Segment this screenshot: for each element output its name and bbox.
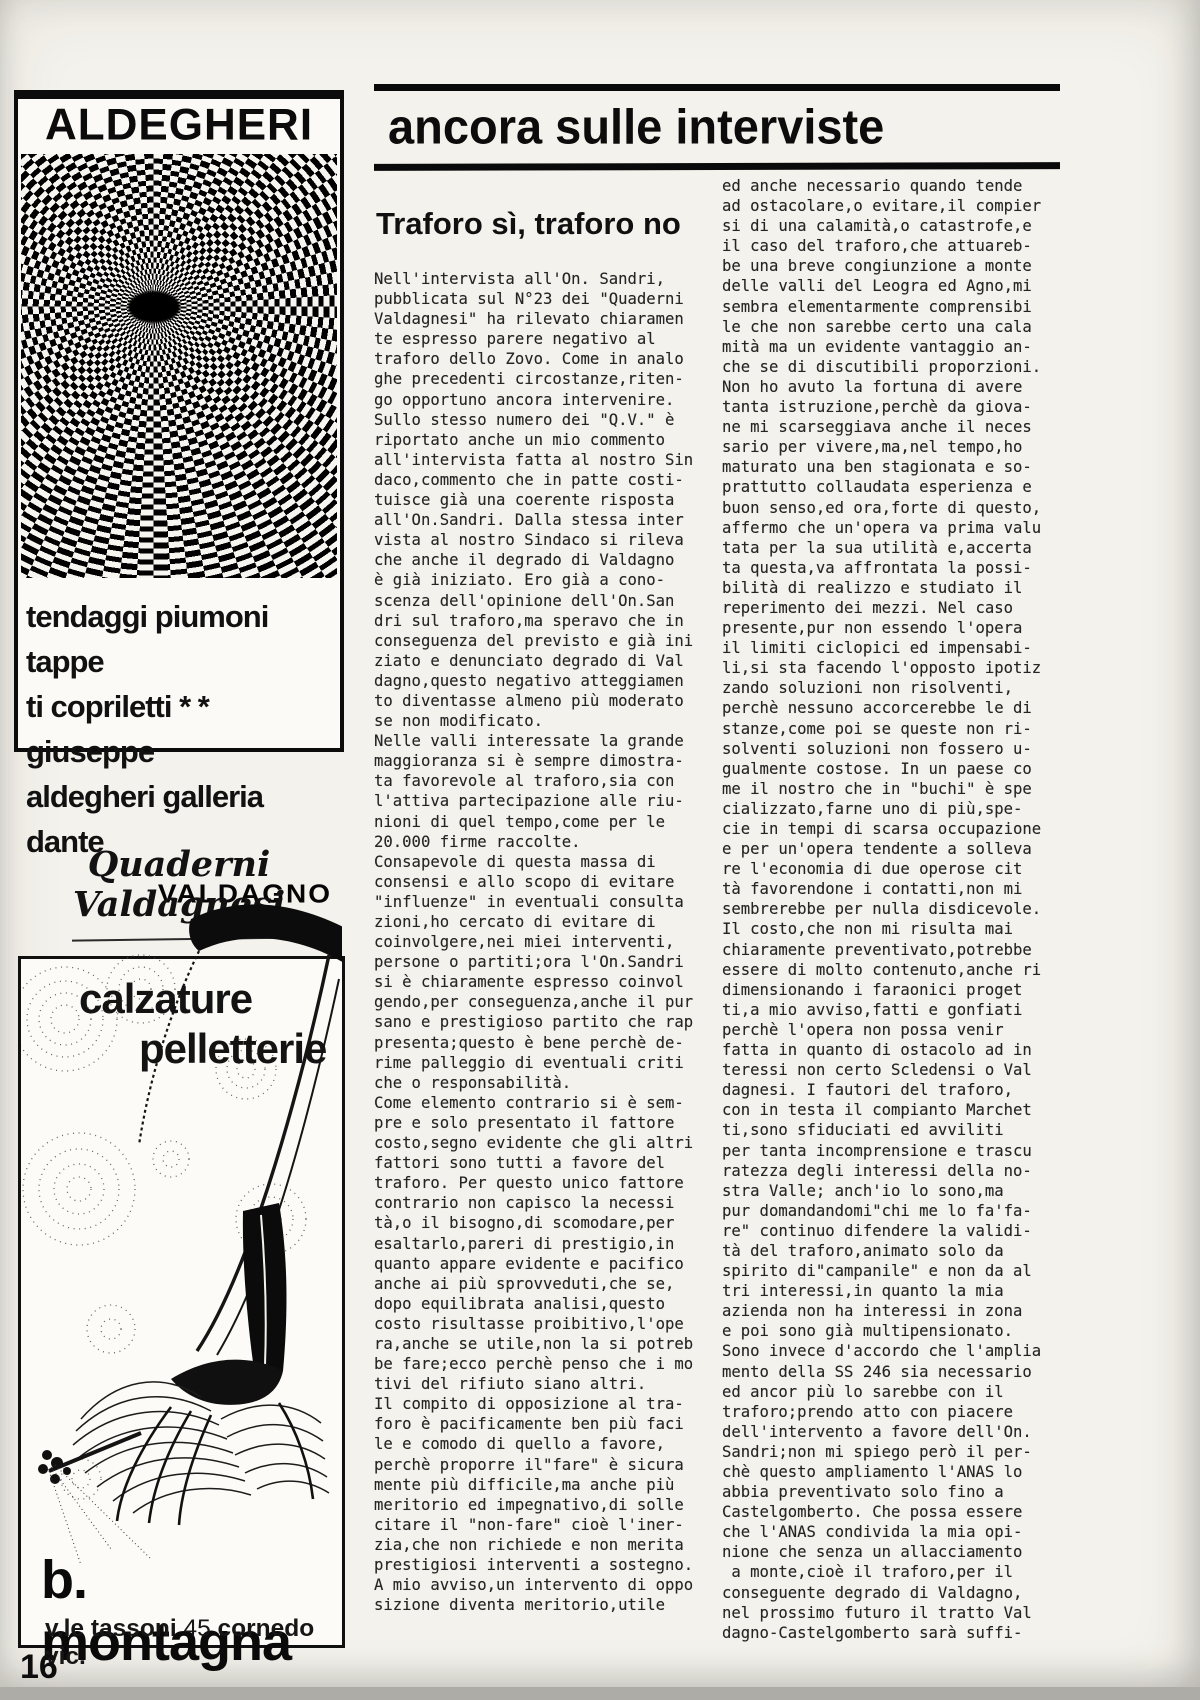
aldegheri-ad-text: tendaggi piumoni tappe ti copriletti * *… [18, 578, 340, 864]
header-rule-bottom [374, 162, 1060, 171]
article-subtitle: Traforo sì, traforo no [376, 206, 714, 242]
opart-zigzag-pattern [21, 154, 337, 578]
article-columns: Traforo sì, traforo no Nell'intervista a… [374, 173, 1060, 1643]
article-body-right: ed anche necessario quando tende ad osta… [722, 176, 1060, 1643]
address-street: v.le tassoni [45, 1615, 177, 1642]
calzature-label: calzature [79, 975, 252, 1023]
article-title: ancora sulle interviste [374, 98, 1060, 155]
page-number: 16 [20, 1648, 58, 1687]
article: ancora sulle interviste Traforo sì, traf… [374, 84, 1060, 1643]
article-body-left: Nell'intervista all'On. Sandri, pubblica… [374, 269, 714, 1615]
aldegheri-ad-title: ALDEGHERI [18, 98, 340, 152]
address-number: 45 [183, 1615, 210, 1642]
aldegheri-ad: ALDEGHERI tendaggi piumoni tappe ti copr… [14, 90, 344, 752]
article-column-left: Traforo sì, traforo no Nell'intervista a… [374, 173, 714, 1643]
magazine-page: ALDEGHERI tendaggi piumoni tappe ti copr… [0, 0, 1200, 1700]
header-rule-top [374, 84, 1060, 91]
pelletterie-label: pelletterie [139, 1025, 326, 1073]
montagna-ad: calzature pelletterie b. montagna v.le t… [18, 956, 345, 1648]
article-column-right: ed anche necessario quando tende ad osta… [722, 173, 1060, 1643]
page-bottom-edge [0, 1687, 1200, 1700]
montagna-address: v.le tassoni 45 cornedo vic. [45, 1615, 342, 1671]
